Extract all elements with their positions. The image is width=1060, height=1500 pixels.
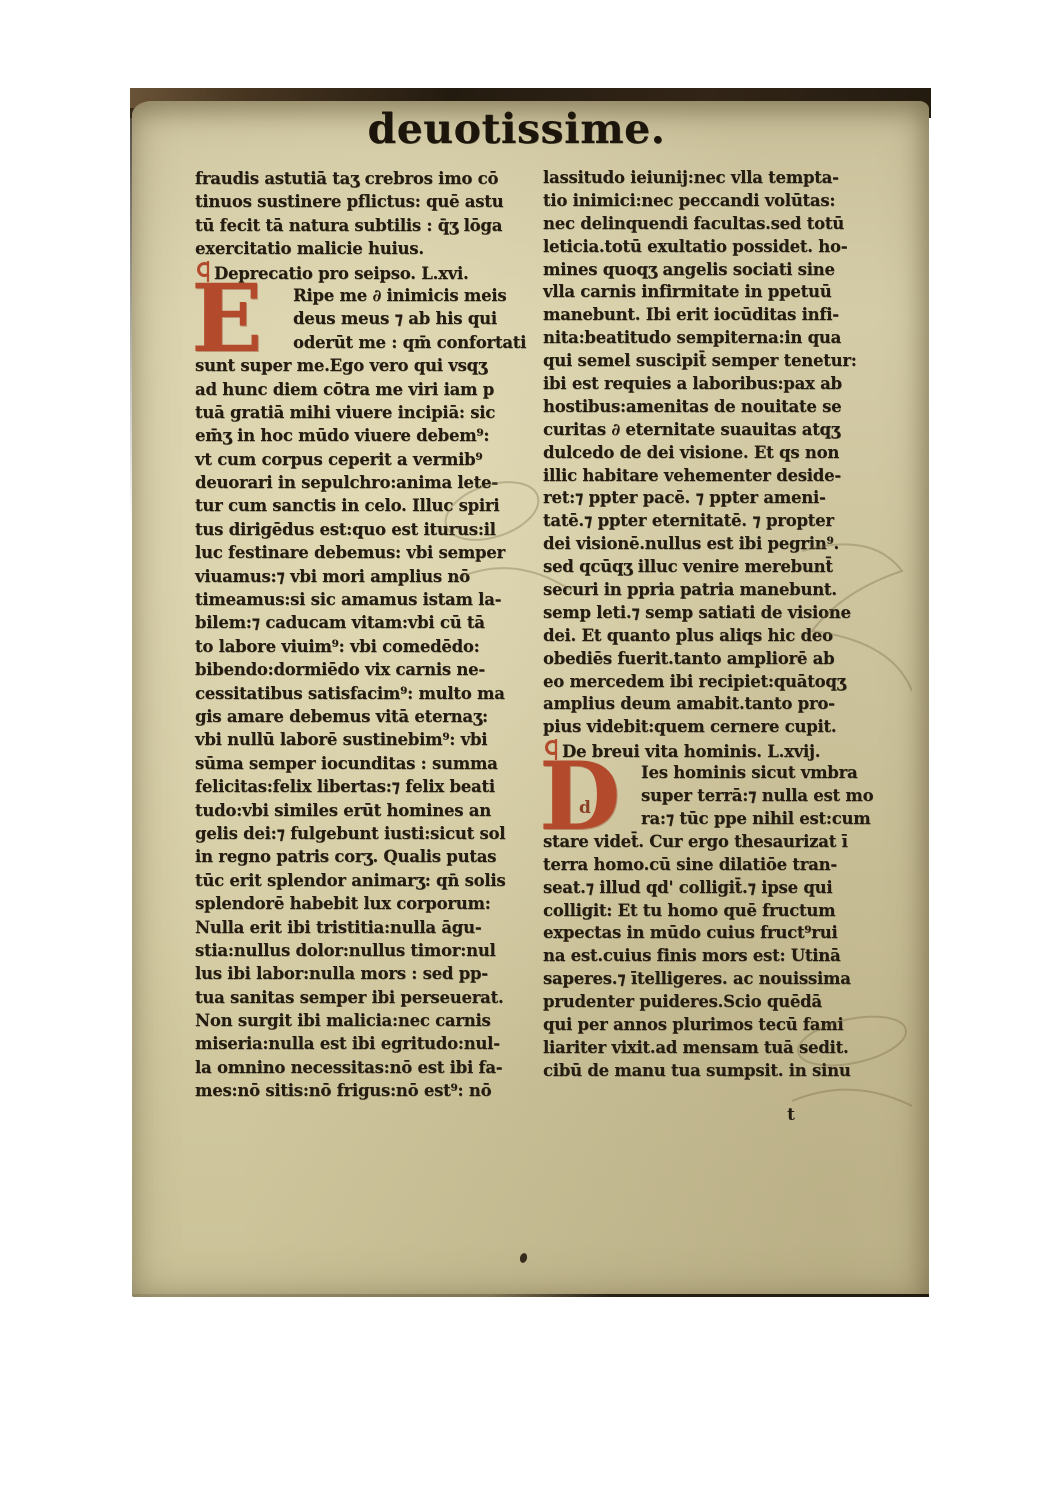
text-line: saperes.⁊ ītelligeres. ac nouissima bbox=[543, 968, 895, 991]
text-line: Nulla erit ibi tristitia:nulla āgu- bbox=[195, 916, 539, 939]
text-line: expectas in mūdo cuius fruct⁹rui bbox=[543, 922, 895, 945]
text-line: hostibus:amenitas de nouitate se bbox=[543, 396, 895, 419]
text-line: gis amare debemus vitā eternaʒ: bbox=[195, 705, 539, 728]
paragraph-lines: Ripe me ∂ inimicis meisdeus meus ⁊ ab hi… bbox=[293, 284, 539, 354]
wormhole-dot bbox=[519, 1252, 528, 1263]
initial-block: E Ripe me ∂ inimicis meisdeus meus ⁊ ab … bbox=[195, 284, 539, 354]
text-line: vbi nullū laborē sustinebim⁹: vbi bbox=[195, 728, 539, 751]
screenshot-canvas: deuotissime. fraudis astutiā taʒ crebros… bbox=[0, 0, 1060, 1500]
text-line: nec delinquendi facultas.sed totū bbox=[543, 213, 895, 236]
text-line: ret:⁊ ppter pacē. ⁊ ppter ameni- bbox=[543, 487, 895, 510]
book-photo: deuotissime. fraudis astutiā taʒ crebros… bbox=[130, 88, 931, 1300]
text-line: mines quoqʒ angelis sociati sine bbox=[543, 259, 895, 282]
text-line: oderūt me : qm̄ confortati bbox=[293, 331, 539, 354]
text-line: tūc erit splendor animarʒ: qn̄ solis bbox=[195, 869, 539, 892]
text-line: felicitas:felix libertas:⁊ felix beati bbox=[195, 775, 539, 798]
text-line: ad hunc diem cōtra me viri iam p bbox=[195, 378, 539, 401]
text-line: splendorē habebit lux corporum: bbox=[195, 892, 539, 915]
text-line: na est.cuius finis mors est: Utinā bbox=[543, 945, 895, 968]
text-line: deus meus ⁊ ab his qui bbox=[293, 307, 539, 330]
ink-showthrough bbox=[432, 461, 582, 641]
text-line: terra homo.cū sine dilatiōe tran- bbox=[543, 854, 895, 877]
text-line: lassitudo ieiunij:nec vlla tempta- bbox=[543, 167, 895, 190]
text-line: em̄ʒ in hoc mūdo viuere debem⁹: bbox=[195, 424, 539, 447]
text-line: manebunt. Ibi erit iocūditas infi- bbox=[543, 304, 895, 327]
text-line: in regno patris corʒ. Qualis putas bbox=[195, 845, 539, 868]
text-line: ibi est requies a laboribus:pax ab bbox=[543, 373, 895, 396]
running-title: deuotissime. bbox=[118, 103, 915, 155]
text-line: nita:beatitudo sempiterna:in qua bbox=[543, 327, 895, 350]
text-line: tudo:vbi similes erūt homines an bbox=[195, 799, 539, 822]
text-line: dulcedo de dei visione. Et qs non bbox=[543, 442, 895, 465]
text-line: cessitatibus satisfacim⁹: multo ma bbox=[195, 682, 539, 705]
text-line: colligit: Et tu homo quē fructum bbox=[543, 900, 895, 923]
text-line: illic habitare vehementer deside- bbox=[543, 465, 895, 488]
paragraph-lines: Ies hominis sicut vmbrasuper terrā:⁊ nul… bbox=[641, 762, 895, 831]
book-page: deuotissime. fraudis astutiā taʒ crebros… bbox=[132, 101, 929, 1297]
text-line: seat.⁊ illud qd' colligit̄.⁊ ipse qui bbox=[543, 877, 895, 900]
text-line: miseria:nulla est ibi egritudo:nul- bbox=[195, 1032, 539, 1055]
ink-showthrough bbox=[792, 521, 912, 741]
initial-block: D d Ies hominis sicut vmbrasuper terrā:⁊… bbox=[543, 762, 895, 831]
text-line: ra:⁊ tūc ppe nihil est:cum bbox=[641, 808, 895, 831]
text-line: lus ibi labor:nulla mors : sed pp- bbox=[195, 962, 539, 985]
decorated-initial-E: E bbox=[191, 276, 262, 362]
text-line: vlla carnis infirmitate in ppetuū bbox=[543, 281, 895, 304]
text-line: tinuos sustinere pflictus: quē astu bbox=[195, 190, 539, 213]
text-line: la omnino necessitas:nō est ibi fa- bbox=[195, 1056, 539, 1079]
text-line: fraudis astutiā taʒ crebros imo cō bbox=[195, 167, 539, 190]
text-line: tio inimici:nec peccandi volūtas: bbox=[543, 190, 895, 213]
paragraph-lines: fraudis astutiā taʒ crebros imo cōtinuos… bbox=[195, 167, 539, 261]
ink-showthrough bbox=[772, 1001, 922, 1141]
text-line: mes:nō sitis:nō frigus:nō est⁹: nō bbox=[195, 1079, 539, 1102]
guide-letter: d bbox=[579, 800, 591, 817]
decorated-initial-D: D bbox=[539, 754, 620, 840]
text-line: stia:nullus dolor:nullus timor:nul bbox=[195, 939, 539, 962]
text-line: qui semel suscipit̄ semper tenetur: bbox=[543, 350, 895, 373]
text-line: bibendo:dormiēdo vix carnis ne- bbox=[195, 658, 539, 681]
text-line: tuā gratiā mihi viuere incipiā: sic bbox=[195, 401, 539, 424]
text-line: Ies hominis sicut vmbra bbox=[641, 762, 895, 785]
text-line: exercitatio malicie huius. bbox=[195, 237, 539, 260]
text-line: Non surgit ibi malicia:nec carnis bbox=[195, 1009, 539, 1032]
text-line: leticia.totū exultatio possidet. ho- bbox=[543, 236, 895, 259]
text-line: sūma semper iocunditas : summa bbox=[195, 752, 539, 775]
text-line: Ripe me ∂ inimicis meis bbox=[293, 284, 539, 307]
text-line: tū fecit tā natura subtilis : q̄ʒ lōga bbox=[195, 214, 539, 237]
text-line: gelis dei:⁊ fulgebunt iusti:sicut sol bbox=[195, 822, 539, 845]
text-line: curitas ∂ eternitate suauitas atqʒ bbox=[543, 419, 895, 442]
text-line: super terrā:⁊ nulla est mo bbox=[641, 785, 895, 808]
page-bottom-edge bbox=[132, 1294, 929, 1297]
text-line: tua sanitas semper ibi perseuerat. bbox=[195, 986, 539, 1009]
